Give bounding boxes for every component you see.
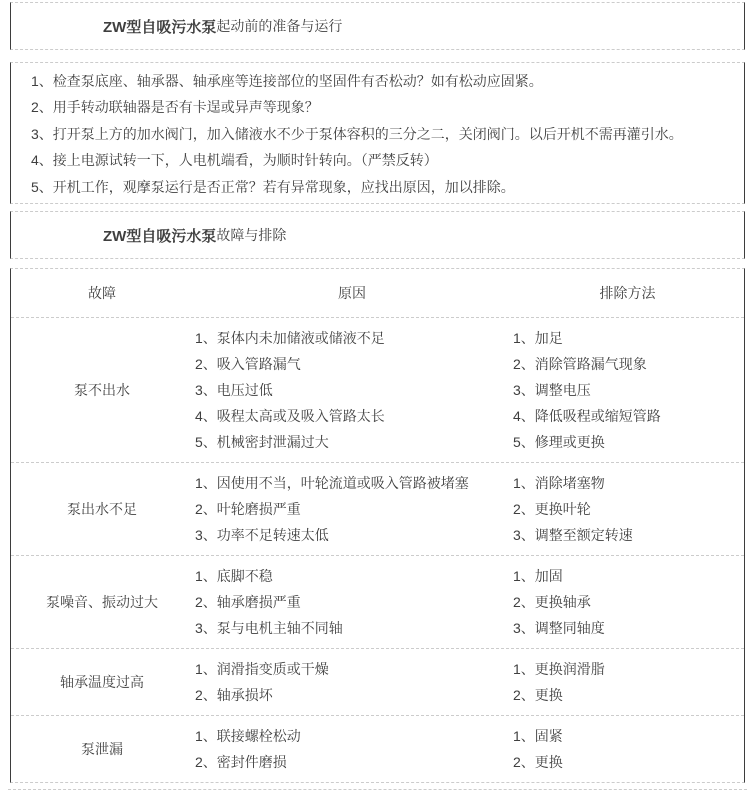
remedy-line: 2、消除管路漏气现象 (513, 351, 744, 377)
cause-line: 5、机械密封泄漏过大 (195, 429, 511, 455)
fault-cell: 泵噪音、振动过大 (11, 563, 193, 641)
cause-line: 2、叶轮磨损严重 (195, 496, 511, 522)
table-row: 轴承温度过高 1、润滑指变质或干燥 2、轴承损坏 1、更换润滑脂 2、更换 (11, 649, 744, 716)
remedy-line: 1、加固 (513, 563, 744, 589)
fault-cell: 泵不出水 (11, 325, 193, 455)
remedy-cell: 1、更换润滑脂 2、更换 (511, 656, 744, 708)
cause-line: 2、轴承磨损严重 (195, 589, 511, 615)
section-title-troubleshooting: ZW型自吸污水泵故障与排除 (10, 211, 745, 259)
list-item: 2、用手转动联轴器是否有卡逞或异声等现象？ (31, 94, 726, 120)
list-item: 4、接上电源试转一下，人电机端看，为顺时针转向。（严禁反转） (31, 147, 726, 173)
table-header-cause: 原因 (193, 283, 511, 303)
troubleshooting-table: 故障 原因 排除方法 泵不出水 1、泵体内未加储液或储液不足 2、吸入管路漏气 … (10, 268, 745, 783)
list-item: 5、开机工作，观摩泵运行是否正常？若有异常现象，应找出原因，加以排除。 (31, 174, 726, 200)
cause-line: 2、密封件磨损 (195, 749, 511, 775)
cause-cell: 1、因使用不当，叶轮流道或吸入管路被堵塞 2、叶轮磨损严重 3、功率不足转速太低 (193, 470, 511, 548)
remedy-line: 2、更换轴承 (513, 589, 744, 615)
section-title-preparation: ZW型自吸污水泵起动前的准备与运行 (10, 2, 745, 50)
cause-line: 2、轴承损坏 (195, 682, 511, 708)
cause-line: 1、泵体内未加储液或储液不足 (195, 325, 511, 351)
cause-cell: 1、润滑指变质或干燥 2、轴承损坏 (193, 656, 511, 708)
table-row: 泵出水不足 1、因使用不当，叶轮流道或吸入管路被堵塞 2、叶轮磨损严重 3、功率… (11, 463, 744, 556)
remedy-cell: 1、固紧 2、更换 (511, 723, 744, 775)
remedy-line: 2、更换叶轮 (513, 496, 744, 522)
remedy-line: 1、更换润滑脂 (513, 656, 744, 682)
remedy-line: 1、消除堵塞物 (513, 470, 744, 496)
remedy-line: 3、调整同轴度 (513, 615, 744, 641)
cause-line: 1、润滑指变质或干燥 (195, 656, 511, 682)
cause-line: 1、底脚不稳 (195, 563, 511, 589)
table-row: 泵不出水 1、泵体内未加储液或储液不足 2、吸入管路漏气 3、电压过低 4、吸程… (11, 318, 744, 463)
cause-line: 3、泵与电机主轴不同轴 (195, 615, 511, 641)
preparation-list: 1、检查泵底座、轴承器、轴承座等连接部位的坚固件有否松动？如有松动应固紧。 2、… (10, 62, 745, 204)
cause-cell: 1、底脚不稳 2、轴承磨损严重 3、泵与电机主轴不同轴 (193, 563, 511, 641)
cause-line: 4、吸程太高或及吸入管路太长 (195, 403, 511, 429)
cause-line: 1、因使用不当，叶轮流道或吸入管路被堵塞 (195, 470, 511, 496)
section-title-pump-model: ZW型自吸污水泵 (103, 16, 216, 37)
cause-cell: 1、泵体内未加储液或储液不足 2、吸入管路漏气 3、电压过低 4、吸程太高或及吸… (193, 325, 511, 455)
remedy-line: 4、降低吸程或缩短管路 (513, 403, 744, 429)
remedy-cell: 1、加固 2、更换轴承 3、调整同轴度 (511, 563, 744, 641)
section-title-troubleshooting-text: 故障与排除 (216, 225, 286, 245)
table-header-fault: 故障 (11, 283, 193, 303)
bottom-dashed-divider (8, 789, 747, 794)
fault-cell: 泵出水不足 (11, 470, 193, 548)
cause-cell: 1、联接螺栓松动 2、密封件磨损 (193, 723, 511, 775)
fault-cell: 泵泄漏 (11, 723, 193, 775)
remedy-line: 5、修理或更换 (513, 429, 744, 455)
table-header-row: 故障 原因 排除方法 (11, 269, 744, 318)
document-page: ZW型自吸污水泵起动前的准备与运行 1、检查泵底座、轴承器、轴承座等连接部位的坚… (0, 0, 755, 794)
remedy-cell: 1、加足 2、消除管路漏气现象 3、调整电压 4、降低吸程或缩短管路 5、修理或… (511, 325, 744, 455)
remedy-cell: 1、消除堵塞物 2、更换叶轮 3、调整至额定转速 (511, 470, 744, 548)
remedy-line: 3、调整电压 (513, 377, 744, 403)
remedy-line: 1、固紧 (513, 723, 744, 749)
cause-line: 1、联接螺栓松动 (195, 723, 511, 749)
section-title-pump-model: ZW型自吸污水泵 (103, 225, 216, 246)
section-title-preparation-text: 起动前的准备与运行 (216, 16, 342, 36)
table-row: 泵泄漏 1、联接螺栓松动 2、密封件磨损 1、固紧 2、更换 (11, 716, 744, 782)
list-item: 1、检查泵底座、轴承器、轴承座等连接部位的坚固件有否松动？如有松动应固紧。 (31, 68, 726, 94)
cause-line: 3、功率不足转速太低 (195, 522, 511, 548)
table-header-remedy: 排除方法 (511, 283, 744, 303)
cause-line: 3、电压过低 (195, 377, 511, 403)
remedy-line: 1、加足 (513, 325, 744, 351)
cause-line: 2、吸入管路漏气 (195, 351, 511, 377)
list-item: 3、打开泵上方的加水阀门，加入储液水不少于泵体容积的三分之二，关闭阀门。以后开机… (31, 121, 726, 147)
remedy-line: 2、更换 (513, 682, 744, 708)
remedy-line: 2、更换 (513, 749, 744, 775)
fault-cell: 轴承温度过高 (11, 656, 193, 708)
table-row: 泵噪音、振动过大 1、底脚不稳 2、轴承磨损严重 3、泵与电机主轴不同轴 1、加… (11, 556, 744, 649)
remedy-line: 3、调整至额定转速 (513, 522, 744, 548)
